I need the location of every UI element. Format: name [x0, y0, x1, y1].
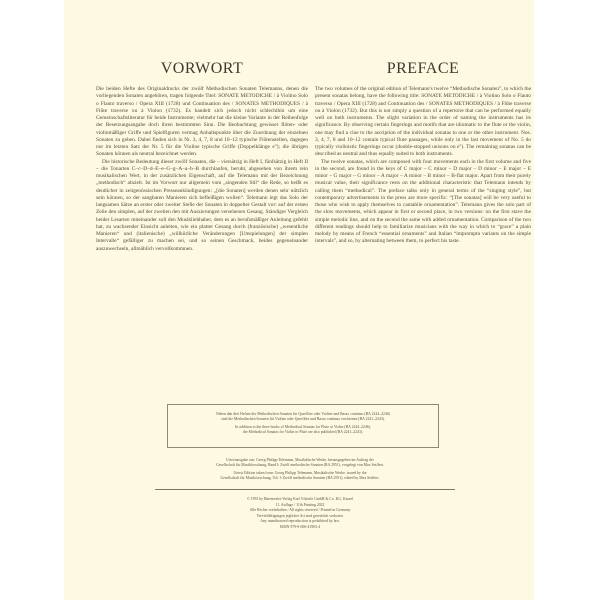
preface-paragraph-1: The two volumes of the original edition …: [315, 86, 531, 159]
source-de-line-2: Gesellschaft für Musikforschung, Band I:…: [140, 463, 460, 468]
vorwort-paragraph-2: Die historische Bedeutung dieser zwölf S…: [96, 159, 308, 253]
source-credit: Urtextausgabe aus: Georg Philipp Teleman…: [140, 458, 460, 482]
preface-column: PREFACE The two volumes of the original …: [315, 72, 531, 246]
source-en-line-2: Gesellschaft für Musikforschung, Vol. I:…: [140, 476, 460, 481]
vorwort-paragraph-1: Die beiden Hefte des Originaldrucks der …: [96, 86, 308, 159]
isbn-line: ISMN 979-0-006-41903-4: [190, 525, 410, 531]
preface-paragraph-2: The twelve sonatas, which are composed w…: [315, 159, 531, 246]
copyright-block: © 1955 by Bärenreiter-Verlag Karl Vötter…: [190, 497, 410, 531]
notice-en-line-2: the Methodical Sonatas for Violin or Flu…: [168, 430, 438, 435]
preface-heading: PREFACE: [315, 60, 531, 78]
edition-notice-box: Neben den drei Heften der Methodischen S…: [167, 404, 439, 448]
vorwort-heading: VORWORT: [96, 60, 308, 78]
notice-de-line-2: sind die Methodischen Sonaten für Violin…: [168, 417, 438, 422]
horizontal-rule: [155, 489, 455, 490]
vorwort-column: VORWORT Die beiden Hefte des Originaldru…: [96, 72, 308, 253]
